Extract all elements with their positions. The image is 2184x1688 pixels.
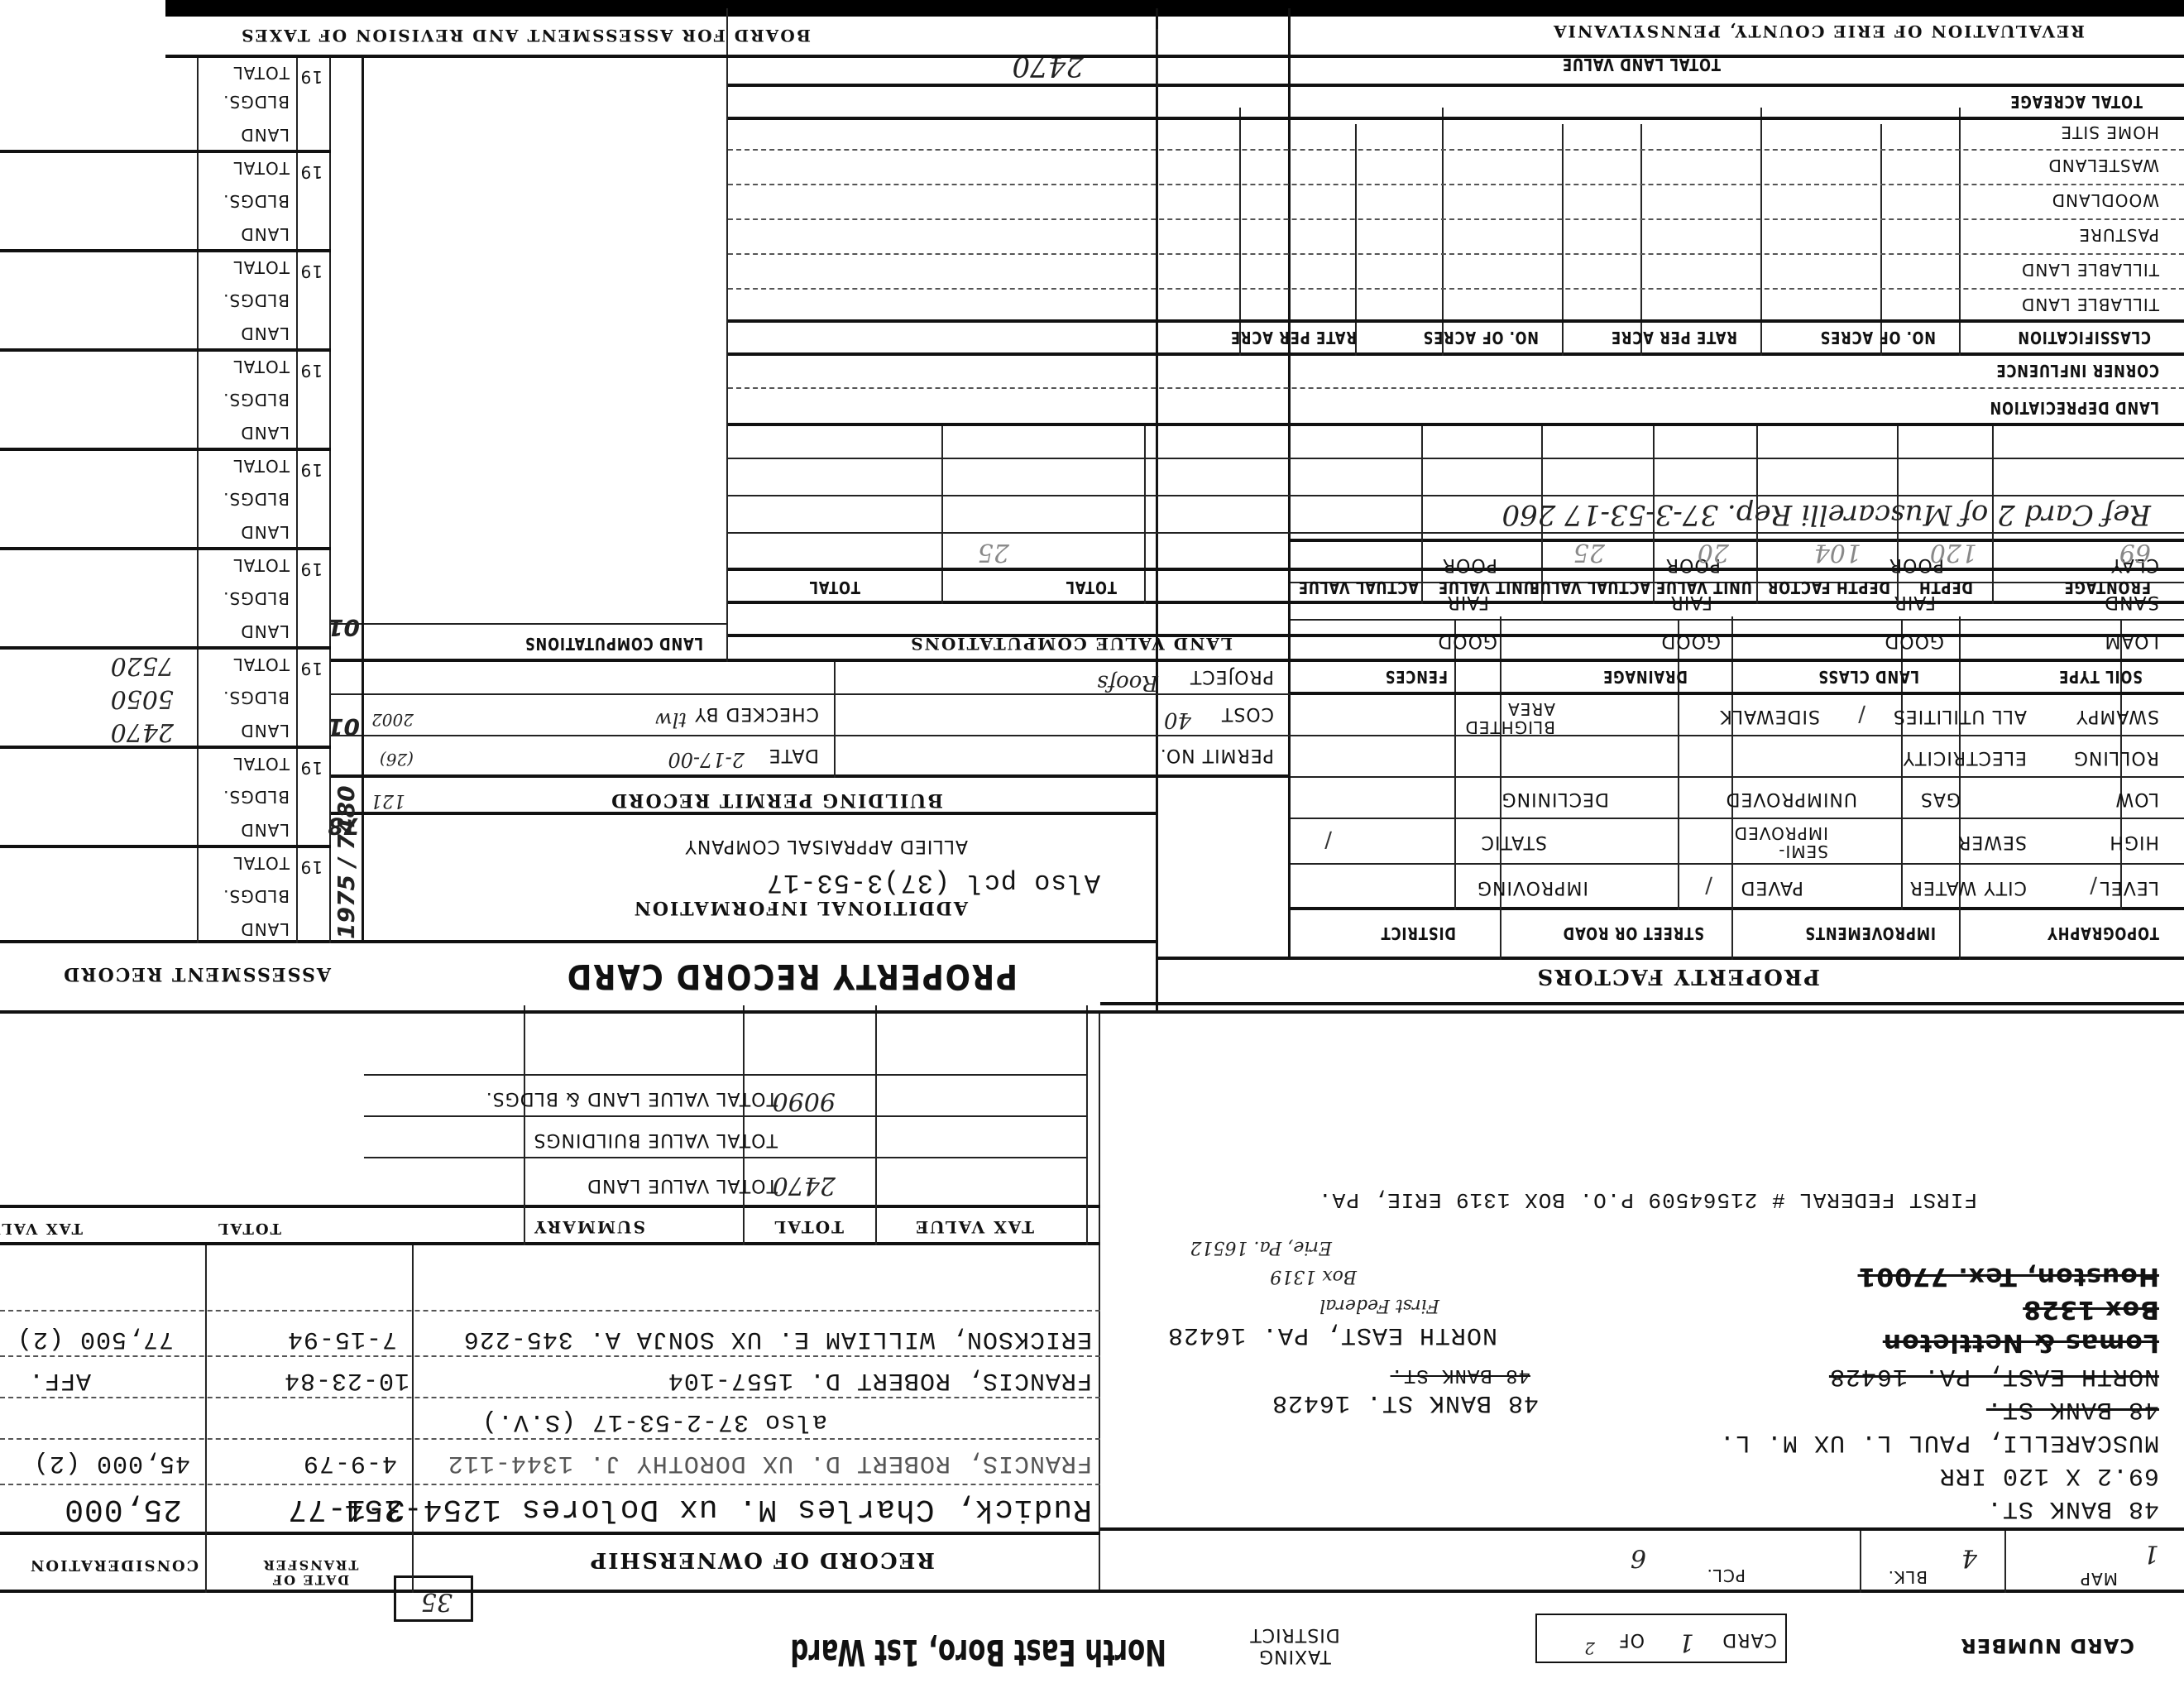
factor-semi-improved: SEMI-IMPROVED <box>1729 824 1828 861</box>
col-improvements: IMPROVEMENTS <box>1804 923 1936 943</box>
checkmark-icon: / <box>1324 827 1332 852</box>
summary-row-label: TOTAL VALUE LAND <box>587 1175 778 1196</box>
factor-unimproved: UNIMPROVED <box>1726 789 1857 809</box>
assessed-total: 7520 <box>111 651 174 680</box>
unit-value: 20 <box>1698 538 1729 567</box>
actual-value: 25 <box>1573 538 1605 567</box>
total-label: TOTAL <box>233 555 290 575</box>
bldgs-label: BLDGS. <box>223 787 290 807</box>
col-drainage: DRAINAGE <box>1602 667 1688 687</box>
summary-land-total: 2470 <box>773 1171 836 1200</box>
no-of-acres-header: NO. OF ACRES <box>1820 328 1936 348</box>
col-unit-value-2: UNIT VALUE <box>1438 578 1535 597</box>
date-of-transfer-header: DATE OF TRANSFER <box>240 1557 381 1587</box>
land-label: LAND <box>240 423 290 443</box>
col-street-road: STREET OR ROAD <box>1563 923 1704 943</box>
card-current: 1 <box>1679 1628 1694 1657</box>
acreage-row-label: WASTELAND <box>2047 156 2159 175</box>
bldgs-label: BLDGS. <box>223 588 290 608</box>
col-land-class: LAND CLASS <box>1818 667 1919 687</box>
card-label: CARD <box>1722 1629 1777 1650</box>
factor-low: LOW <box>2115 789 2159 809</box>
year-prefix: 19 <box>300 162 323 182</box>
bldgs-label: BLDGS. <box>223 489 290 509</box>
blk-label: BLK. <box>1888 1567 1928 1587</box>
classification-header: CLASSIFICATION <box>2018 328 2151 348</box>
bldgs-label: BLDGS. <box>223 886 290 906</box>
bldgs-label: BLDGS. <box>223 290 290 310</box>
total-label: TOTAL <box>233 456 290 476</box>
address-line: 69.2 X 120 IRR <box>1939 1461 2159 1489</box>
factor-level: LEVEL <box>2100 877 2159 898</box>
year-prefix: 19 <box>300 67 323 87</box>
card-of-label: OF <box>1618 1629 1645 1650</box>
land-label: LAND <box>240 224 290 244</box>
pcl-value: 6 <box>1631 1543 1646 1572</box>
frontage-value: 69 <box>2119 538 2151 567</box>
col-depth-factor: DEPTH FACTOR <box>1767 578 1890 597</box>
acreage-row-label: TILLABLE LAND <box>2021 295 2159 314</box>
summary-total-header: TOTAL <box>773 1217 844 1237</box>
year-prefix: 19 <box>300 758 323 778</box>
rate-per-acre-header-2: RATE PER ACRE <box>1230 328 1357 348</box>
taxing-district-label: TAXING DISTRICT <box>1233 1623 1357 1666</box>
factor-swampy: SWAMPY <box>2076 706 2159 727</box>
additional-info-text: Also pcl (37)3-53-17 <box>766 867 1100 898</box>
checked-by-value: tlw <box>655 708 687 731</box>
bldgs-label: BLDGS. <box>223 92 290 112</box>
reference-note: Ref Card 2 of Muscarelli Rep. 37-3-53-17… <box>1502 498 2152 531</box>
total-label: TOTAL <box>233 257 290 277</box>
land-label: LAND <box>240 820 290 840</box>
col-fences: FENCES <box>1385 667 1448 687</box>
col-depth: DEPTH <box>1918 578 1973 597</box>
card-total: 2 <box>1584 1638 1595 1658</box>
address-line: Box 1328 <box>2023 1295 2159 1324</box>
col-district: DISTRICT <box>1381 923 1456 943</box>
total-label: TOTAL <box>233 853 290 873</box>
owner-name: FRANCIS, ROBERT D. 1557-104 <box>668 1366 1092 1394</box>
factor-electricity: ELECTRICITY <box>1903 747 2027 768</box>
factor-city-water: CITY WATER <box>1909 877 2027 898</box>
factor-sewer: SEWER <box>1957 832 2027 852</box>
assessed-bldgs: 5050 <box>111 684 174 713</box>
map-label: MAP <box>2080 1569 2118 1589</box>
permit-side-note: (26) <box>380 750 414 770</box>
total-label: TOTAL <box>233 158 290 178</box>
transfer-date: 3-1-77 <box>287 1491 405 1527</box>
board-title: BOARD FOR ASSESSMENT AND REVISION OF TAX… <box>240 26 811 46</box>
year-stamp: 78 <box>328 813 360 840</box>
summary-tax-value-header: TAX VALUE <box>914 1217 1034 1237</box>
year-stamp: 01 <box>328 713 360 741</box>
project-label: PROJECT <box>1190 666 1274 687</box>
factor-static: STATIC <box>1481 832 1547 852</box>
year-prefix: 19 <box>300 659 323 679</box>
year-prefix: 19 <box>300 857 323 877</box>
year-prefix: 19 <box>300 460 323 480</box>
address-line: NORTH EAST, PA. 16428 <box>1167 1321 1497 1349</box>
factor-declining: DECLINING <box>1501 789 1609 809</box>
owner-line: MUSCARELLI, PAUL L. UX M. L. <box>1719 1428 2159 1456</box>
permit-date-value: 2-17-00 <box>668 748 745 771</box>
factor-paved: PAVED <box>1741 877 1803 898</box>
card-title: PROPERTY RECORD CARD <box>566 957 1018 997</box>
col-total: TOTAL <box>1066 578 1117 597</box>
summary-row-label: TOTAL VALUE BUILDINGS <box>534 1129 778 1150</box>
handwritten-note: Erie, Pa. 16512 <box>1190 1237 1332 1258</box>
property-record-card: CARD NUMBER CARD 1 OF 2 TAXING DISTRICT … <box>0 0 2184 1688</box>
permit-no-label: PERMIT NO. <box>1160 745 1274 765</box>
permit-cost-label: COST <box>1221 703 1274 724</box>
permit-side-note: 121 <box>371 790 405 811</box>
handwritten-note: Box 1319 <box>1270 1266 1357 1287</box>
total-label: TOTAL <box>233 754 290 774</box>
assessment-record-title: ASSESSMENT RECORD <box>62 963 331 985</box>
bldgs-label: BLDGS. <box>223 688 290 707</box>
col-actual-value-2: ACTUAL VALUE <box>1298 578 1419 597</box>
district-name: North East Boro, 1st Ward <box>790 1631 1166 1673</box>
bldgs-label: BLDGS. <box>223 191 290 211</box>
no-of-acres-header-2: NO. OF ACRES <box>1423 328 1539 348</box>
consideration: 45,000 (2) <box>33 1449 190 1477</box>
mortgagee-line: FIRST FEDERAL # 21564509 P.O. BOX 1319 E… <box>1318 1187 1977 1212</box>
consideration: AFF. <box>28 1366 91 1394</box>
checkmark-icon: / <box>1705 873 1712 898</box>
year-stamp: 1975 / 7480 <box>333 785 360 939</box>
transfer-date: 7-15-94 <box>287 1325 397 1353</box>
permit-side-note: 2002 <box>371 710 414 730</box>
mortgagee-line: Lomas & Nettleton <box>1883 1328 2159 1357</box>
address-line: 48 BANK ST. <box>1986 1494 2159 1523</box>
acreage-row-label: TILLABLE LAND <box>2021 260 2159 280</box>
land-label: LAND <box>240 324 290 343</box>
total-value: 25 <box>978 538 1009 567</box>
land-label: LAND <box>240 522 290 542</box>
permit-cost-value: 40 <box>1164 707 1191 732</box>
checkmark-icon: / <box>2090 873 2097 898</box>
transfer-date: 10-23-84 <box>284 1366 409 1394</box>
factor-rolling: ROLLING <box>2073 747 2159 768</box>
acreage-row-label: HOME SITE <box>2061 122 2159 142</box>
checked-by-label: CHECKED BY <box>694 703 819 724</box>
building-permit-title: BUILDING PERMIT RECORD <box>610 789 943 811</box>
owner-name: ERICKSON, WILLIAM E. UX SONJA A. 345-226 <box>463 1325 1092 1353</box>
county-title: REVALUATION OF ERIE COUNTY, PENNSYLVANIA <box>1552 22 2085 41</box>
summary-title: SUMMARY <box>533 1217 645 1237</box>
address-line: 48 BANK ST. <box>1391 1364 1530 1386</box>
address-line: NORTH EAST, PA. 16428 <box>1829 1362 2159 1390</box>
depth-factor-value: 104 <box>1814 538 1861 567</box>
total-header: TOTAL <box>217 1220 281 1237</box>
total-acreage-label: TOTAL ACREAGE <box>2010 92 2143 112</box>
factor-gas: GAS <box>1920 789 1961 809</box>
col-frontage: FRONTAGE <box>2064 578 2151 597</box>
rate-per-acre-header: RATE PER ACRE <box>1611 328 1737 348</box>
bldgs-label: BLDGS. <box>223 390 290 410</box>
assessed-land: 2470 <box>111 717 174 746</box>
fences-poor: POOR <box>1442 554 1497 575</box>
card-number-label: CARD NUMBER <box>1960 1635 2134 1657</box>
col-total-2: TOTAL <box>809 578 860 597</box>
summary-grand-total: 9090 <box>773 1086 836 1115</box>
factor-sidewalk: SIDEWALK <box>1719 706 1820 727</box>
land-computations-title: LAND COMPUTATIONS <box>524 634 703 654</box>
total-label: TOTAL <box>233 655 290 674</box>
consideration: 77,500 (2) <box>17 1325 174 1353</box>
pcl-label: PCL. <box>1706 1566 1746 1585</box>
factor-high: HIGH <box>2109 832 2159 852</box>
ownership-title: RECORD OF OWNERSHIP <box>589 1547 935 1572</box>
summary-row-label: TOTAL VALUE LAND & BLDGS. <box>486 1088 778 1109</box>
address-line: Houston, Tex. 77001 <box>1858 1262 2159 1291</box>
handwritten-note: First Federal <box>1319 1295 1439 1316</box>
factor-all-utilities: ALL UTILITIES <box>1893 706 2027 727</box>
permit-date-label: DATE <box>769 745 819 765</box>
consideration: 25,000 <box>64 1491 182 1527</box>
land-label: LAND <box>240 721 290 741</box>
project-value: Roofs <box>1097 670 1158 695</box>
land-label: LAND <box>240 621 290 641</box>
year-stamp: 01 <box>328 614 360 641</box>
year-prefix: 19 <box>300 361 323 381</box>
scan-edge-bar <box>165 0 2184 17</box>
transfer-date: 4-9-79 <box>303 1449 397 1477</box>
total-label: TOTAL <box>233 63 290 83</box>
depth-value: 120 <box>1930 538 1977 567</box>
year-prefix: 19 <box>300 261 323 281</box>
checkmark-icon: / <box>1858 702 1865 727</box>
factor-improving: IMPROVING <box>1477 877 1588 898</box>
acreage-row-label: WOODLAND <box>2052 190 2159 210</box>
owner-name: FRANCIS, ROBERT D. UX DOROTHY J. 1344-11… <box>448 1449 1092 1477</box>
col-soil-type: SOIL TYPE <box>2058 667 2143 687</box>
map-value: 1 <box>2143 1539 2159 1568</box>
owner-name: also 37-2-53-17 (S.V.) <box>481 1407 827 1436</box>
property-factors-title: PROPERTY FACTORS <box>1536 964 1820 989</box>
address-line: 48 BANK ST. <box>1986 1395 2159 1423</box>
land-depreciation-label: LAND DEPRECIATION <box>1990 398 2159 418</box>
year-prefix: 19 <box>300 559 323 579</box>
blk-value: 4 <box>1961 1543 1977 1572</box>
additional-info-title: ADDITIONAL INFORMATION <box>633 897 968 918</box>
consideration-header: CONSIDERATION <box>29 1556 199 1574</box>
land-label: LAND <box>240 125 290 145</box>
stamp-box: 35 <box>394 1575 473 1622</box>
acreage-row-label: PASTURE <box>2078 225 2159 245</box>
owner-name: Rudick, Charles M. ux Dolores 1254-254 <box>343 1491 1092 1527</box>
corner-influence-label: CORNER INFLUENCE <box>1996 361 2159 381</box>
land-label: LAND <box>240 919 290 939</box>
card-count-box: CARD 1 OF 2 <box>1535 1614 1787 1663</box>
col-unit-value: UNIT VALUE <box>1655 578 1752 597</box>
address-line: 48 BANK ST. 16428 <box>1272 1388 1539 1417</box>
tax-value-header: TAX VALUE <box>0 1220 83 1237</box>
col-actual-value: ACTUAL VALUE <box>1530 578 1650 597</box>
appraisal-company: ALLIED APPRAISAL COMPANY <box>684 836 968 856</box>
col-topography: TOPOGRAPHY <box>2047 923 2159 943</box>
total-label: TOTAL <box>233 357 290 376</box>
factor-blighted-area: BLIGHTED AREA <box>1464 700 1555 736</box>
